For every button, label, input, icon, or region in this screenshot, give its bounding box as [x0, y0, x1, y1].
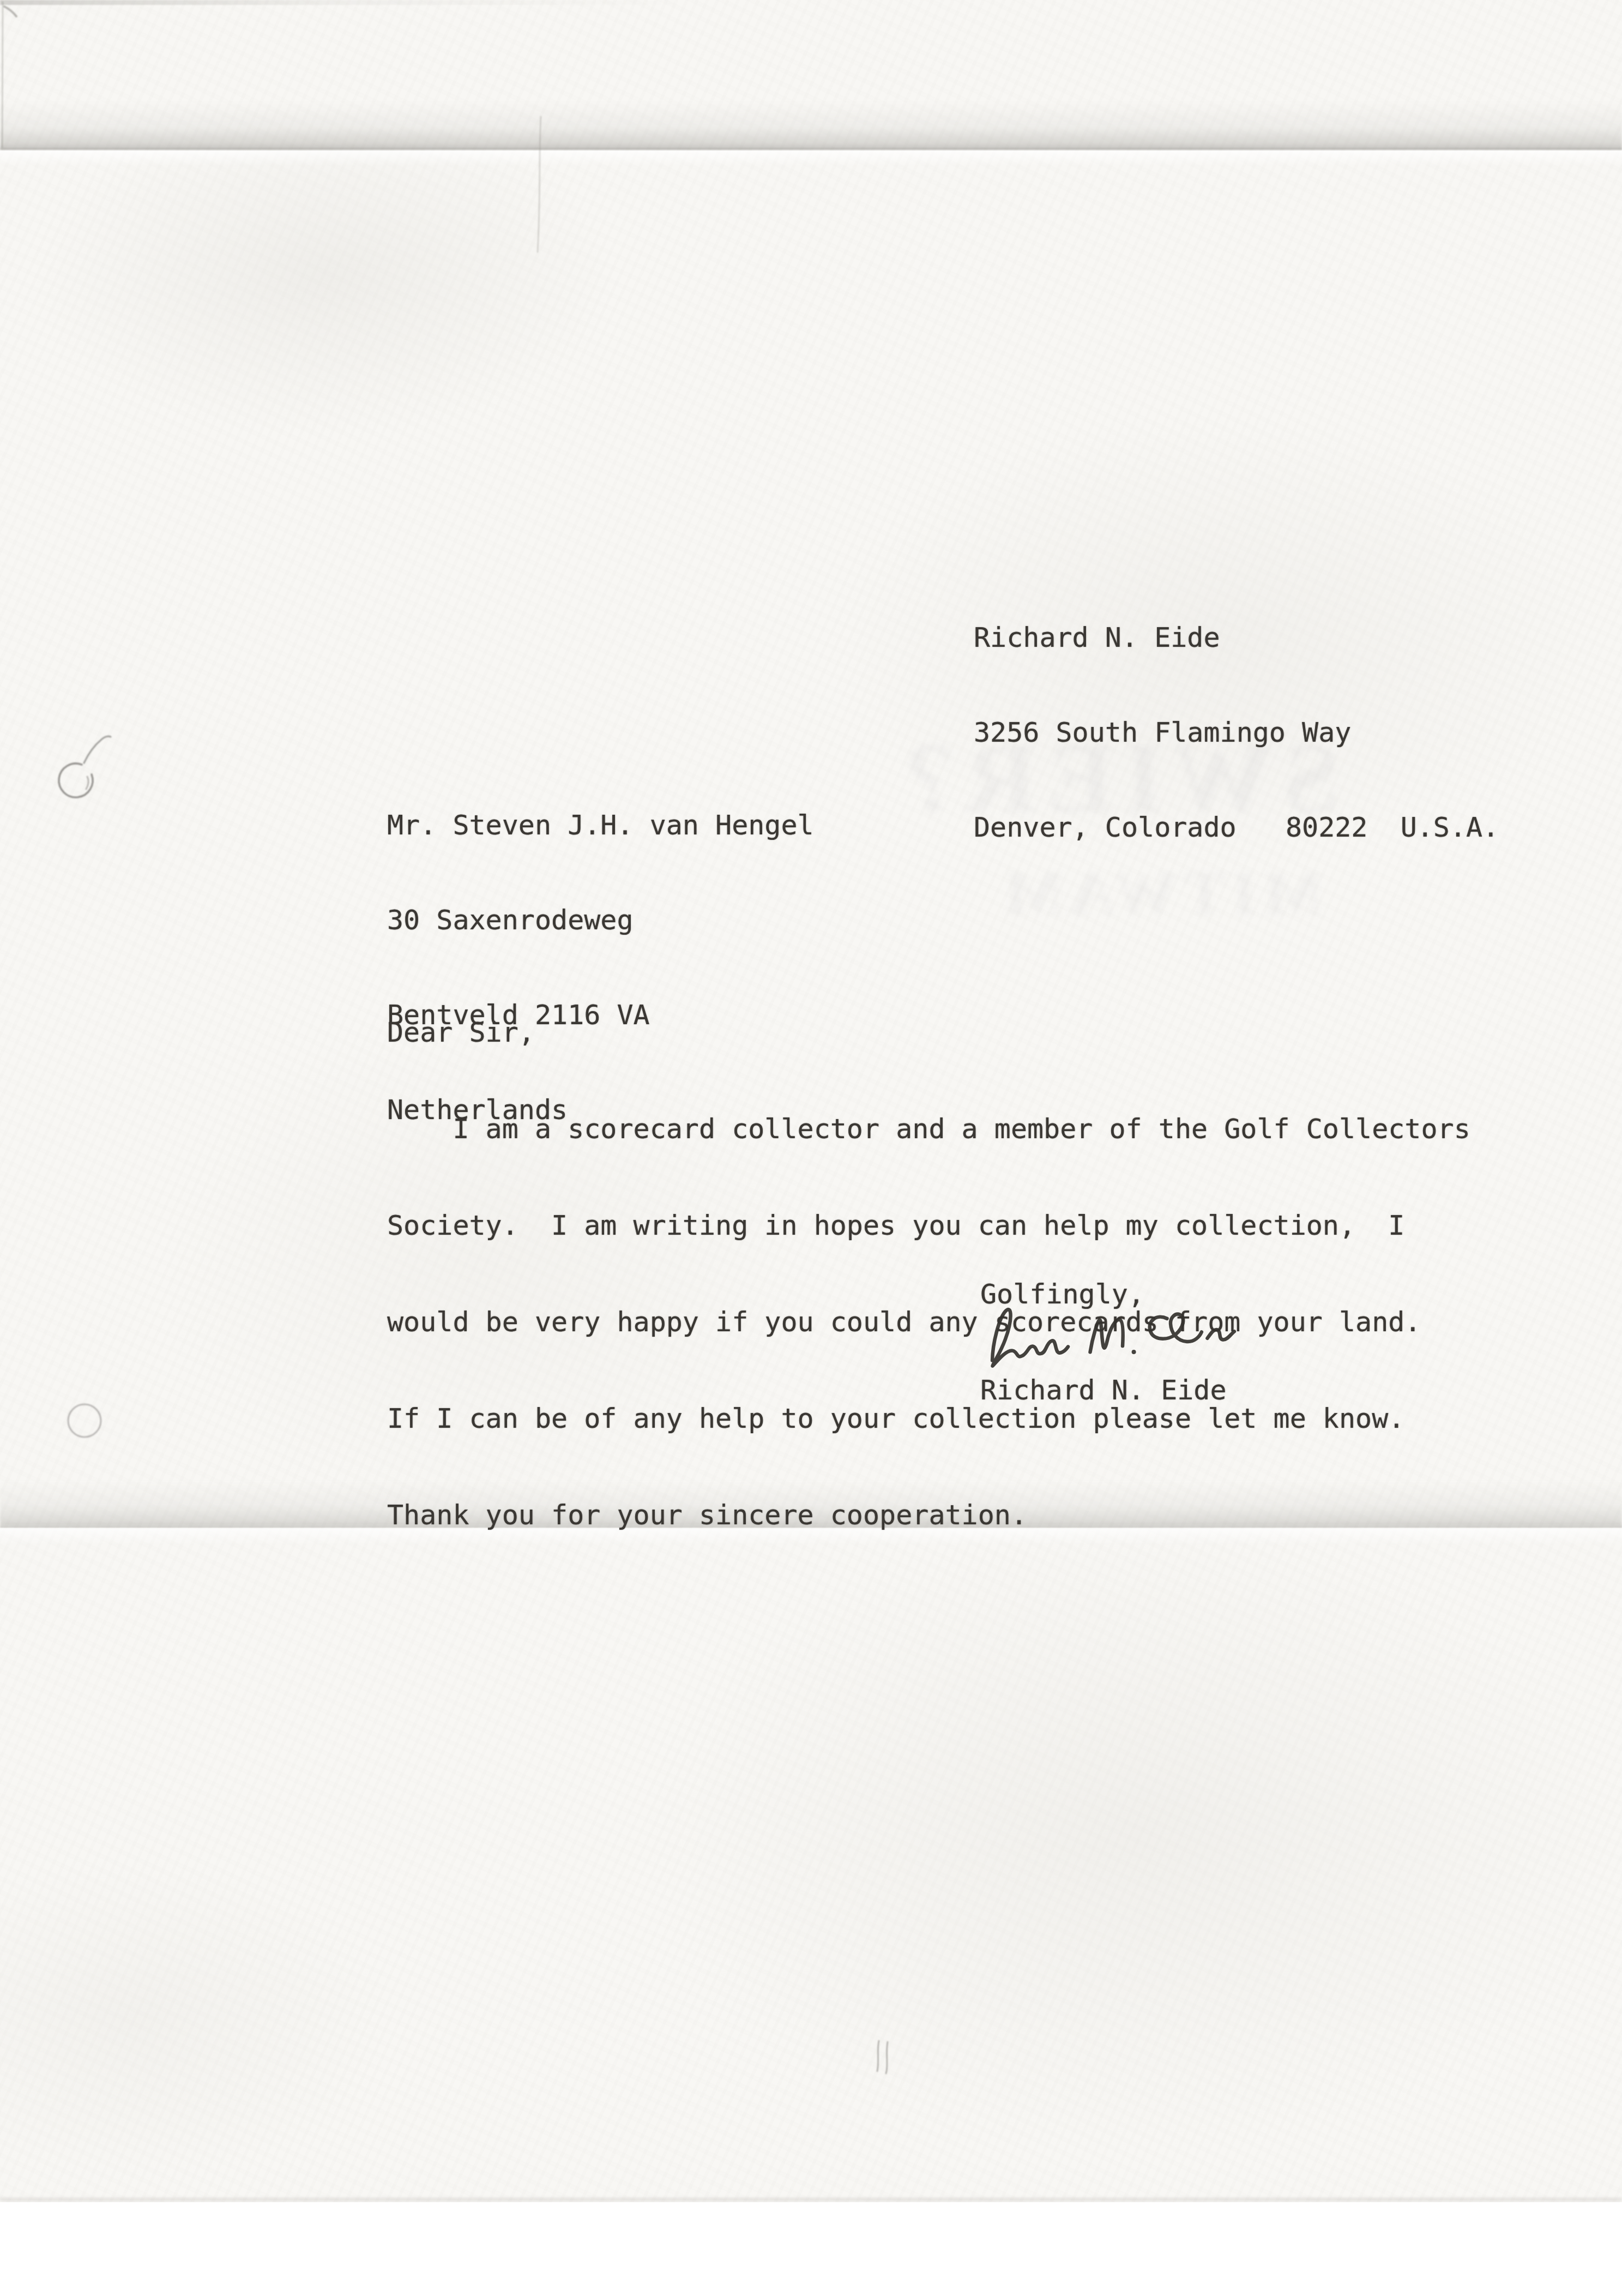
sender-city-line: Denver, Colorado 80222 U.S.A. — [974, 812, 1499, 843]
salutation: Dear Sir, — [387, 1017, 1470, 1049]
fold-crease-top-shadow — [0, 101, 1622, 148]
recipient-name-line: Mr. Steven J.H. van Hengel — [387, 809, 814, 841]
pencil-mark-stroke-2 — [886, 2042, 888, 2073]
pencil-mark-stroke-1 — [877, 2041, 879, 2071]
fold-crease-top-highlight — [0, 151, 1622, 166]
paper-bottom-edge — [0, 2198, 1622, 2201]
hole-punch-arc-tail — [84, 736, 111, 763]
sender-name-line: Richard N. Eide — [974, 622, 1499, 653]
scan-left-edge-line — [2, 2, 3, 147]
letter-body: Dear Sir, I am a scorecard collector and… — [387, 952, 1470, 1596]
corner-mark — [4, 7, 16, 16]
hole-punch-arc-fragment — [86, 777, 88, 789]
body-line: would be very happy if you could any sco… — [387, 1306, 1470, 1338]
recipient-street-line: 30 Saxenrodeweg — [387, 904, 814, 936]
fold-crease-top-line — [0, 148, 1622, 150]
scan-top-edge-smudge — [0, 0, 973, 5]
scanned-letter-page: SWIER? MITWAM Richard N. Eide — [0, 0, 1622, 2296]
body-line: If I can be of any help to your collecti… — [387, 1403, 1470, 1435]
sender-address: Richard N. Eide 3256 South Flamingo Way … — [974, 558, 1499, 906]
body-line: Society. I am writing in hopes you can h… — [387, 1210, 1470, 1242]
vertical-crease — [538, 117, 541, 252]
typed-signature-name: Richard N. Eide — [980, 1374, 1227, 1406]
scanner-background — [0, 2202, 1622, 2296]
hole-punch-circle-icon — [68, 1404, 101, 1437]
body-line: I am a scorecard collector and a member … — [387, 1113, 1470, 1145]
body-line: Thank you for your sincere cooperation. — [387, 1499, 1470, 1531]
hole-punch-arc-icon — [59, 764, 93, 797]
valediction: Golfingly, — [980, 1278, 1144, 1310]
sender-street-line: 3256 South Flamingo Way — [974, 717, 1499, 748]
